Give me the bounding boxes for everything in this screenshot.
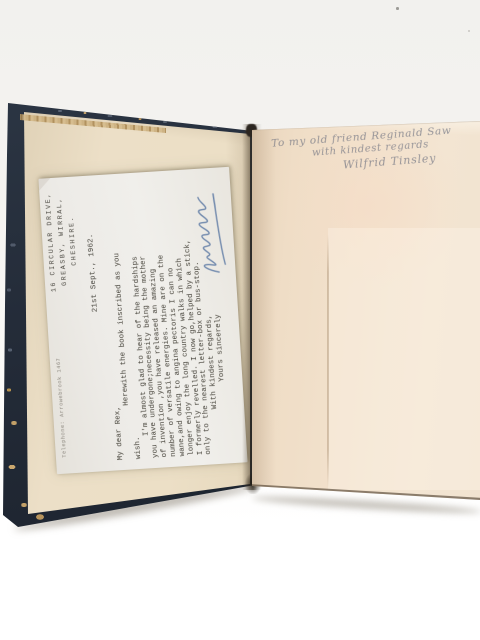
ink-signature	[189, 185, 238, 278]
flyleaf-highlight	[328, 228, 480, 490]
letter-letterhead: 16 CIRCULAR DRIVE, GREASBY, WIRRAL, CHES…	[43, 190, 82, 292]
signature-scrawl-icon	[189, 185, 233, 278]
pasted-typed-letter: Telephone: Arrowebrook 1467 16 CIRCULAR …	[38, 167, 247, 474]
letter-date: 21st Sept., 1962.	[87, 233, 100, 312]
letter-telephone: Telephone: Arrowebrook 1467	[56, 357, 68, 457]
dust-speck	[468, 30, 470, 32]
right-endpaper: To my old friend Reginald Saw with kinde…	[250, 116, 480, 504]
handwritten-inscription: To my old friend Reginald Saw with kinde…	[271, 122, 480, 176]
right-page-gutter-shade	[250, 116, 276, 504]
right-page-crease	[327, 234, 329, 488]
dust-speck	[396, 7, 399, 10]
book-photo: Telephone: Arrowebrook 1467 16 CIRCULAR …	[0, 0, 480, 640]
